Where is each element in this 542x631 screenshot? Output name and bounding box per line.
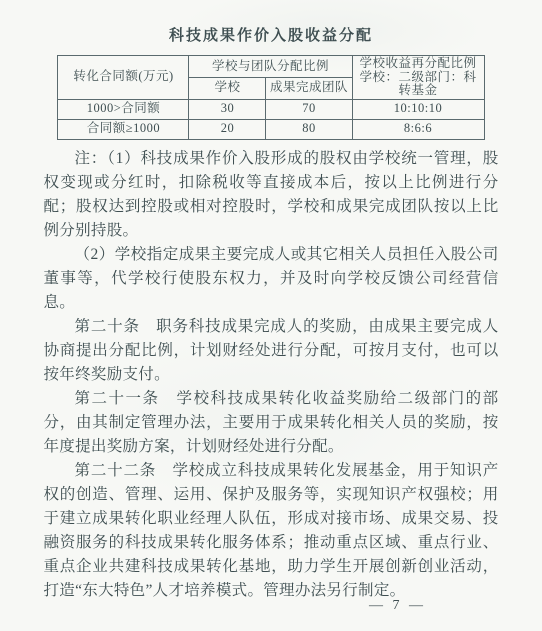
paragraph-article-21: 第二十一条 学校科技成果转化收益奖励给二级部门的部分，由其制定管理办法，主要用于… [44,387,499,459]
header-contract-amount: 转化合同额(万元) [58,56,189,100]
cell-redistribution-ratio: 8:6:6 [352,119,484,139]
body-text: 注：（1）科技成果作价入股形成的股权由学校统一管理，股权变现或分红时，扣除税收等… [44,147,499,603]
header-school: 学校 [189,77,266,99]
table-row: 合同额≥1000 20 80 8:6:6 [58,119,484,139]
table-row: 1000>合同额 30 70 10:10:10 [58,99,484,119]
page-number: — 7 — [369,598,426,614]
paragraph-article-22: 第二十二条 学校成立科技成果转化发展基金，用于知识产权的创造、管理、运用、保护及… [44,459,499,603]
header-redistribution-line2: 学校：二级部门：科转基金 [359,71,478,98]
cell-school-pct: 30 [189,99,266,119]
header-team: 成果完成团队 [266,77,352,99]
header-redistribution-line1: 学校收益再分配比例 [359,57,478,71]
paragraph-note-2: （2）学校指定成果主要完成人或其它相关人员担任入股公司董事等，代学校行使股东权力… [44,243,499,315]
paragraph-note-1: 注：（1）科技成果作价入股形成的股权由学校统一管理，股权变现或分红时，扣除税收等… [44,147,499,243]
cell-redistribution-ratio: 10:10:10 [352,99,484,119]
cell-contract: 1000>合同额 [58,99,189,119]
cell-school-pct: 20 [189,119,266,139]
cell-team-pct: 70 [266,99,352,119]
cell-contract: 合同额≥1000 [58,119,189,139]
table-header-row-1: 转化合同额(万元) 学校与团队分配比例 学校收益再分配比例 学校：二级部门：科转… [58,56,484,78]
document-page: 科技成果作价入股收益分配 转化合同额(万元) 学校与团队分配比例 学校收益再分配… [0,0,542,631]
allocation-table: 转化合同额(万元) 学校与团队分配比例 学校收益再分配比例 学校：二级部门：科转… [57,55,484,140]
header-redistribution-ratio: 学校收益再分配比例 学校：二级部门：科转基金 [352,56,484,100]
page-title: 科技成果作价入股收益分配 [0,0,542,45]
header-school-team-group: 学校与团队分配比例 [189,56,352,78]
paragraph-article-20: 第二十条 职务科技成果完成人的奖励，由成果主要完成人协商提出分配比例，计划财经处… [44,315,499,387]
cell-team-pct: 80 [266,119,352,139]
